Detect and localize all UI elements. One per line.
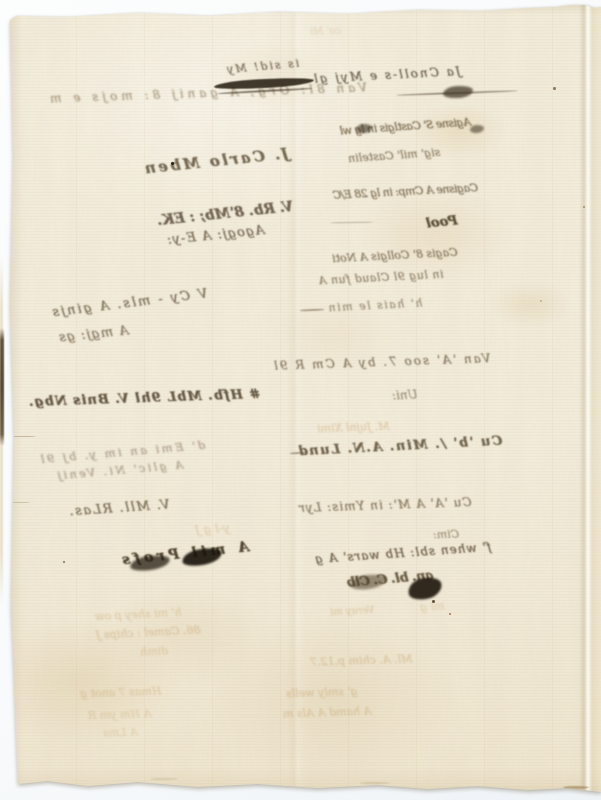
ink-blot <box>443 85 474 99</box>
manuscript-page-verso: is sid! MyJa Cnoll-s e Myj glVan 8l: Org… <box>8 5 601 793</box>
ink-line: A mgj: gs <box>57 323 129 345</box>
ink-line: V. Rb. 8'Mb; : EK. <box>157 199 294 229</box>
ink-line: Uni: <box>392 387 418 402</box>
ink-blot <box>360 782 390 784</box>
ink-blot <box>150 778 178 780</box>
ink-blot <box>470 125 485 134</box>
ink-line: sig' mil' Castelin <box>348 146 441 165</box>
ink-line: Cu 'b' /. Min. A.N. Lund <box>297 434 503 460</box>
ink-speck <box>583 206 585 208</box>
ink-line: Van 'A' soo 7. by A Cm R 9l <box>272 351 491 373</box>
scanner-background: is sid! MyJa Cnoll-s e Myj glVan 8l: Org… <box>0 0 601 800</box>
ink-speck <box>568 788 571 791</box>
ghost-ink-line: Veray mi <box>330 605 375 618</box>
ghost-ink-line: Hmas 7 anot g <box>80 685 162 701</box>
ink-speck <box>63 561 65 563</box>
ghost-ink-line: h' mi shey p ow <box>95 606 182 624</box>
ink-line: Van 8l: Org, A ganij 8: mojs e m <box>46 80 367 105</box>
ghost-ink-line: A Hm ym R <box>88 707 152 722</box>
ghost-ink-line: dimh <box>140 644 169 658</box>
ink-line: is sid! My <box>225 57 300 76</box>
ghost-ink-line: A Lms <box>103 725 138 739</box>
ghost-ink-line: 86. Camel : chips J <box>96 623 201 641</box>
ink-speck <box>553 87 556 90</box>
ink-line: Cagisne A Cmp: in lg 28 E/C <box>333 181 479 202</box>
ink-line: Cim: <box>433 528 460 542</box>
ink-line: J. Carlo Mben <box>141 144 289 177</box>
ink-blot <box>300 309 324 311</box>
ghost-ink-line: M. Jujnl Ximi <box>317 420 390 436</box>
ink-blot <box>563 786 589 789</box>
ink-speck <box>449 613 451 615</box>
ink-blot <box>330 222 374 224</box>
ink-line: in lug 9l Claud fun A <box>318 268 444 288</box>
ink-line: # Hfb. MbL 9hl V. Bnis Nbg. <box>28 387 261 410</box>
ghost-ink-line: A hamd A Als m <box>283 704 372 720</box>
ink-line: f' when sbl: Hb wars' A g <box>314 540 492 566</box>
ink-line: h' hais le min <box>327 297 423 315</box>
ink-blot <box>10 436 36 437</box>
ghost-ink-line: co' Mi <box>310 25 341 37</box>
ink-line: V. Mll. RLas. <box>68 497 171 519</box>
ink-line: Cagis 8' Collgis A Noti <box>332 246 458 266</box>
ink-line: Cu 'A' A M': in Ymis: Lyr <box>298 495 472 515</box>
ink-line: V Cy - mls. A ginjs <box>50 286 209 320</box>
ink-blot <box>10 502 30 503</box>
ink-bleedthrough-layer: is sid! MyJa Cnoll-s e Myj glVan 8l: Org… <box>8 5 601 793</box>
ghost-ink-line: g' smly wells <box>286 685 358 700</box>
ink-speck <box>432 600 435 603</box>
ghost-ink-line: Ml. A. chim p.12.7 <box>310 652 413 669</box>
ink-line: Pool <box>425 213 458 231</box>
ghost-ink-line: y-l g J <box>195 521 231 537</box>
ink-speck <box>540 300 542 302</box>
ink-speck <box>171 162 174 165</box>
paper-shadow-wrap: is sid! MyJa Cnoll-s e Myj glVan 8l: Org… <box>0 0 601 800</box>
